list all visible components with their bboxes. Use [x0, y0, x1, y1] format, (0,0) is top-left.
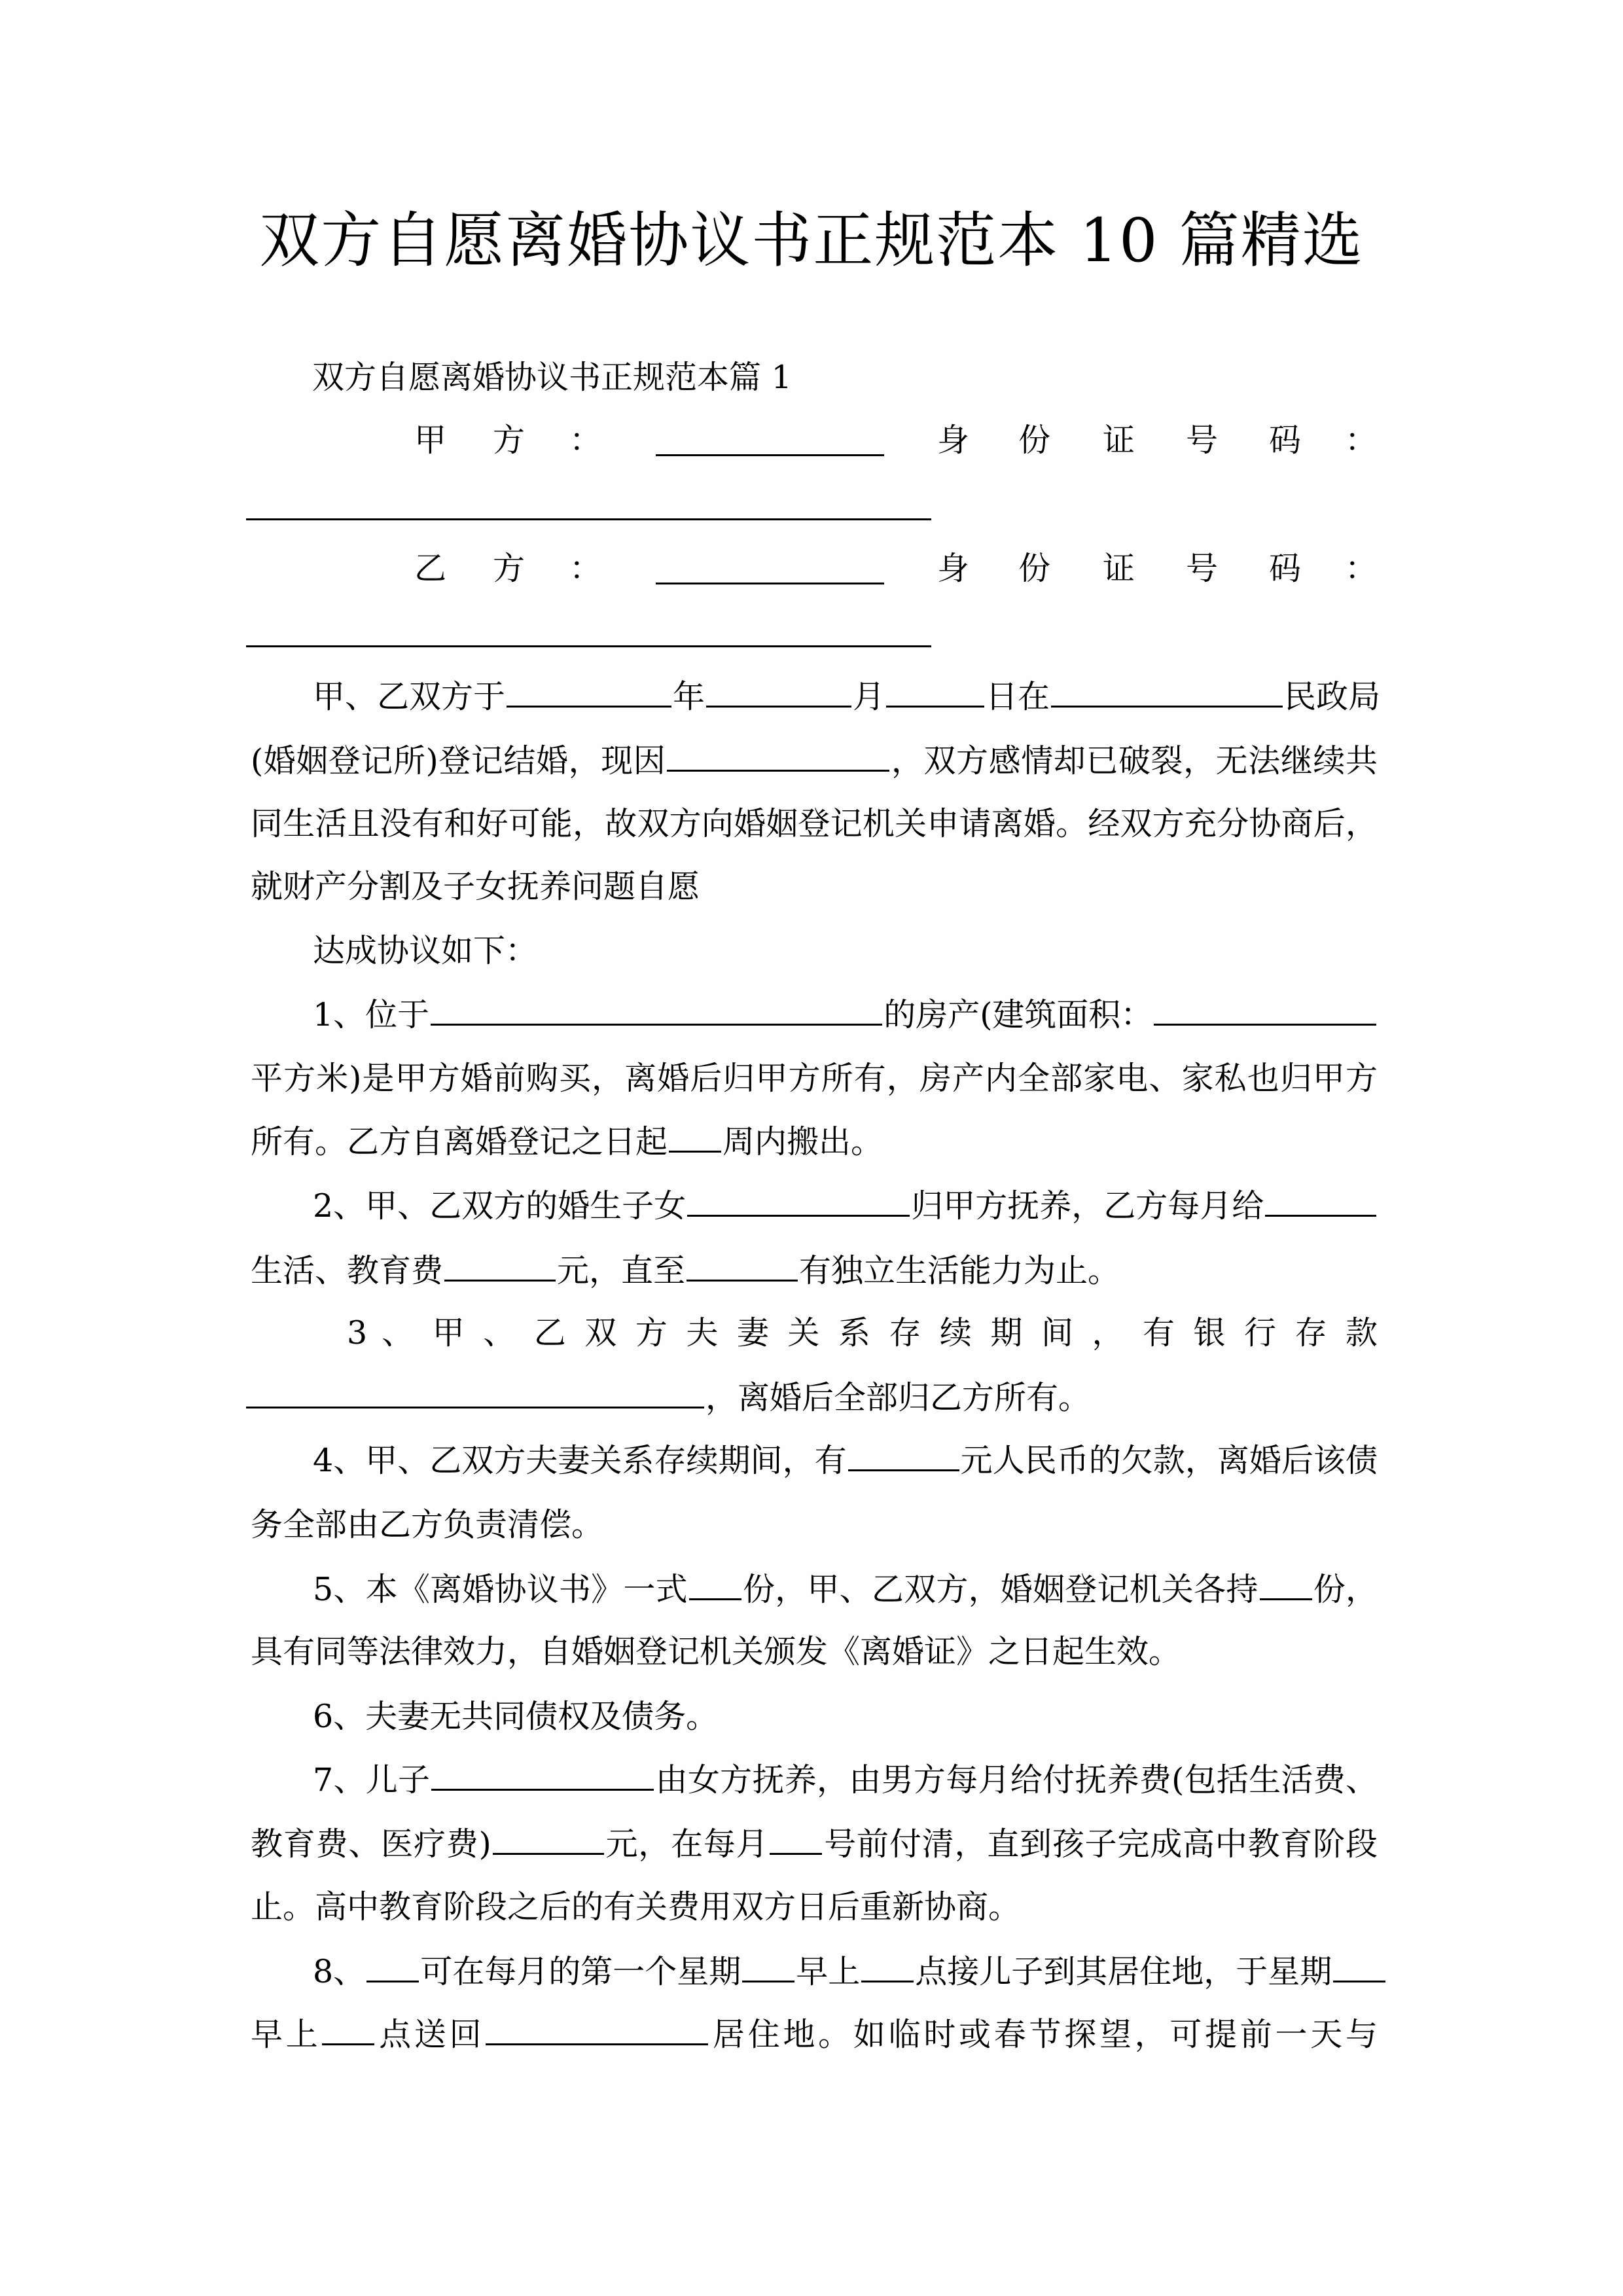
clause-7-line-2: 教育费、医疗费)元，在每月号前付清，直到孩子完成高中教育阶段 — [251, 1824, 1378, 1864]
pickup-hour-blank[interactable] — [861, 1952, 914, 1982]
text: 可在每月的第一个星期 — [420, 1953, 741, 1990]
return-hour-blank[interactable] — [322, 2015, 374, 2045]
text: 份， — [1313, 1571, 1378, 1608]
text: 5、本《离婚协议书》一式 — [313, 1571, 688, 1608]
party-a-id-label-char: 码 — [1269, 421, 1301, 460]
text: 存 — [1295, 1314, 1331, 1352]
text: 有独立生活能力为止。 — [799, 1252, 1120, 1289]
text: 早上 — [796, 1953, 860, 1990]
text: 存 — [889, 1314, 925, 1352]
text: 元人民币的欠款，离婚后该债 — [961, 1442, 1378, 1479]
return-weekday-blank[interactable] — [1333, 1952, 1385, 1982]
child-name-blank[interactable] — [687, 1186, 910, 1217]
support-amount-blank[interactable] — [493, 1824, 604, 1855]
education-fee-blank[interactable] — [444, 1251, 556, 1282]
party-b-label-char: 方 — [493, 549, 525, 588]
move-out-weeks-blank[interactable] — [669, 1122, 721, 1153]
text: 1、位于 — [313, 996, 429, 1033]
clause-7-line-3: 止。高中教育阶段之后的有关费用双方日后重新协商。 — [251, 1888, 1378, 1927]
text: 3 — [347, 1314, 367, 1352]
clause-7-line-1: 7、儿子由女方抚养，由男方每月给付抚养费(包括生活费、 — [313, 1760, 1378, 1800]
text: 点接儿子到其居住地，于星期 — [915, 1953, 1332, 1990]
text: 4、甲、乙双方夫妻关系存续期间，有 — [313, 1442, 847, 1479]
text: 月 — [853, 678, 885, 715]
clause-8-line-2: 早上点送回居住地。如临时或春节探望，可提前一天与 — [251, 2015, 1378, 2054]
text: 行 — [1244, 1314, 1280, 1352]
party-a-id-blank[interactable] — [246, 518, 931, 520]
text: ，离婚后全部归乙方所有。 — [705, 1379, 1090, 1416]
day-blank[interactable] — [886, 677, 984, 708]
text: ， — [1092, 1314, 1128, 1352]
text: 所有。乙方自离婚登记之日起 — [251, 1123, 668, 1160]
text: 生活、教育费 — [251, 1252, 443, 1289]
text: 妻 — [737, 1314, 773, 1352]
copies-blank[interactable] — [689, 1570, 741, 1600]
return-place-blank[interactable] — [486, 2015, 708, 2045]
text: 周内搬出。 — [722, 1123, 883, 1160]
text: 年 — [673, 678, 705, 715]
intro-line-2: (婚姻登记所)登记结婚，现因，双方感情却已破裂，无法继续共 — [251, 741, 1378, 781]
text: (婚姻登记所)登记结婚，现因 — [251, 742, 666, 780]
party-b-id-label-char: 证 — [1103, 549, 1135, 588]
clause-3-line-1: 3 、 甲 、 乙 双 方 夫 妻 关 系 存 续 期 间 ， 有 银 行 存 … — [347, 1314, 1378, 1353]
text: 份，甲、乙双方，婚姻登记机关各持 — [743, 1571, 1258, 1608]
text: 关 — [787, 1314, 823, 1352]
text: 夫 — [686, 1314, 722, 1352]
intro-line-1: 甲、乙双方于年月日在民政局 — [313, 677, 1378, 717]
text: ，双方感情却已破裂，无法继续共 — [891, 742, 1378, 780]
text: 续 — [940, 1314, 976, 1352]
property-location-blank[interactable] — [431, 995, 882, 1026]
clause-8-line-1: 8、可在每月的第一个星期早上点接儿子到其居住地，于星期 — [313, 1952, 1378, 1992]
party-b-id-label-char: 号 — [1186, 549, 1218, 588]
party-a-id-label-char: 份 — [1018, 421, 1050, 460]
text: 、 — [483, 1314, 519, 1352]
text: 7、儿子 — [313, 1761, 430, 1799]
party-a-label-char: ： — [569, 421, 601, 460]
clause-3-line-2: ，离婚后全部归乙方所有。 — [251, 1378, 1378, 1418]
party-a-id-label-char: 号 — [1186, 421, 1218, 460]
debt-amount-blank[interactable] — [848, 1441, 959, 1471]
clause-6-line-1: 6、夫妻无共同债权及债务。 — [313, 1697, 1378, 1736]
until-blank[interactable] — [687, 1251, 798, 1282]
party-a-id-label-char: 身 — [937, 421, 969, 460]
party-a-name-blank[interactable] — [656, 454, 884, 456]
clause-5-line-1: 5、本《离婚协议书》一式份，甲、乙双方，婚姻登记机关各持份， — [313, 1570, 1378, 1609]
son-name-blank[interactable] — [431, 1760, 654, 1791]
party-b-id-label-char: ： — [1345, 549, 1377, 588]
clause-1-line-3: 所有。乙方自离婚登记之日起周内搬出。 — [251, 1122, 1378, 1162]
clause-2-line-2: 生活、教育费元，直至有独立生活能力为止。 — [251, 1251, 1378, 1291]
text: 间 — [1041, 1314, 1077, 1352]
party-b-id-label-char: 身 — [937, 549, 969, 588]
party-b-id-label-char: 码 — [1269, 549, 1301, 588]
text: 乙 — [534, 1314, 570, 1352]
party-b-label-char: ： — [569, 549, 601, 588]
text: 归甲方抚养，乙方每月给 — [911, 1187, 1264, 1225]
text: 元，在每月 — [605, 1825, 769, 1863]
text: 甲 — [433, 1314, 469, 1352]
civil-affairs-bureau-blank[interactable] — [1051, 677, 1283, 708]
text: 号前付清，直到孩子完成高中教育阶段 — [823, 1825, 1378, 1863]
floor-area-blank[interactable] — [1154, 995, 1376, 1026]
text: 由女方抚养，由男方每月给付抚养费(包括生活费、 — [655, 1761, 1378, 1799]
party-b-id-label-char: 份 — [1018, 549, 1050, 588]
reason-blank[interactable] — [667, 741, 889, 772]
text: 教育费、医疗费) — [251, 1825, 491, 1863]
text: 元，直至 — [557, 1252, 685, 1289]
text: 民政局 — [1284, 678, 1380, 715]
text: 方 — [635, 1314, 671, 1352]
agreement-lead: 达成协议如下： — [313, 931, 1378, 971]
payment-day-blank[interactable] — [770, 1824, 822, 1855]
text: 、 — [382, 1314, 418, 1352]
text: 的房产(建筑面积： — [883, 996, 1152, 1033]
clause-5-line-2: 具有同等法律效力，自婚姻登记机关颁发《离婚证》之日起生效。 — [251, 1632, 1378, 1672]
document-title: 双方自愿离婚协议书正规范本 10 篇精选 — [0, 202, 1623, 280]
intro-line-4: 就财产分割及子女抚养问题自愿 — [251, 867, 1378, 906]
text: 日在 — [986, 678, 1050, 715]
text: 款 — [1346, 1314, 1378, 1352]
section-heading: 双方自愿离婚协议书正规范本篇 1 — [312, 358, 1439, 397]
clause-1-line-2: 平方米)是甲方婚前购买，离婚后归甲方所有，房产内全部家电、家私也归甲方 — [251, 1059, 1378, 1098]
bank-deposit-blank[interactable] — [246, 1378, 704, 1408]
clause-1-line-1: 1、位于的房产(建筑面积： — [313, 995, 1378, 1035]
text: 期 — [990, 1314, 1026, 1352]
pickup-weekday-blank[interactable] — [742, 1952, 794, 1982]
text: 8、 — [313, 1953, 365, 1990]
party-a-id-label-char: ： — [1345, 421, 1377, 460]
party-a-label-char: 甲 — [414, 421, 446, 460]
text: 系 — [838, 1314, 874, 1352]
text: 居住地。如临时或春节探望，可提前一天与 — [709, 2016, 1378, 2053]
monthly-payment-blank[interactable] — [1265, 1186, 1376, 1217]
party-b-name-blank[interactable] — [656, 583, 884, 584]
clause-4-line-1: 4、甲、乙双方夫妻关系存续期间，有元人民币的欠款，离婚后该债 — [313, 1441, 1378, 1480]
text: 早上 — [251, 2016, 321, 2053]
party-a-id-label-char: 证 — [1103, 421, 1135, 460]
party-b-label-char: 乙 — [414, 549, 446, 588]
document-page: 双方自愿离婚协议书正规范本 10 篇精选 双方自愿离婚协议书正规范本篇 1 甲 … — [0, 0, 1623, 2296]
text: 双 — [584, 1314, 620, 1352]
text: 有 — [1143, 1314, 1179, 1352]
party-b-id-blank[interactable] — [246, 645, 931, 647]
visitor-blank[interactable] — [366, 1952, 419, 1982]
clause-4-line-2: 务全部由乙方负责清偿。 — [251, 1505, 1378, 1545]
copies-each-blank[interactable] — [1260, 1570, 1312, 1600]
text: 银 — [1193, 1314, 1229, 1352]
month-blank[interactable] — [706, 677, 851, 708]
text: 点送回 — [376, 2016, 484, 2053]
intro-line-3: 同生活且没有和好可能，故双方向婚姻登记机关申请离婚。经双方充分协商后， — [251, 804, 1378, 844]
text: 2、甲、乙双方的婚生子女 — [313, 1187, 686, 1225]
text: 甲、乙双方于 — [313, 678, 505, 715]
clause-2-line-1: 2、甲、乙双方的婚生子女归甲方抚养，乙方每月给 — [313, 1186, 1378, 1226]
party-a-label-char: 方 — [493, 421, 525, 460]
year-blank[interactable] — [507, 677, 671, 708]
